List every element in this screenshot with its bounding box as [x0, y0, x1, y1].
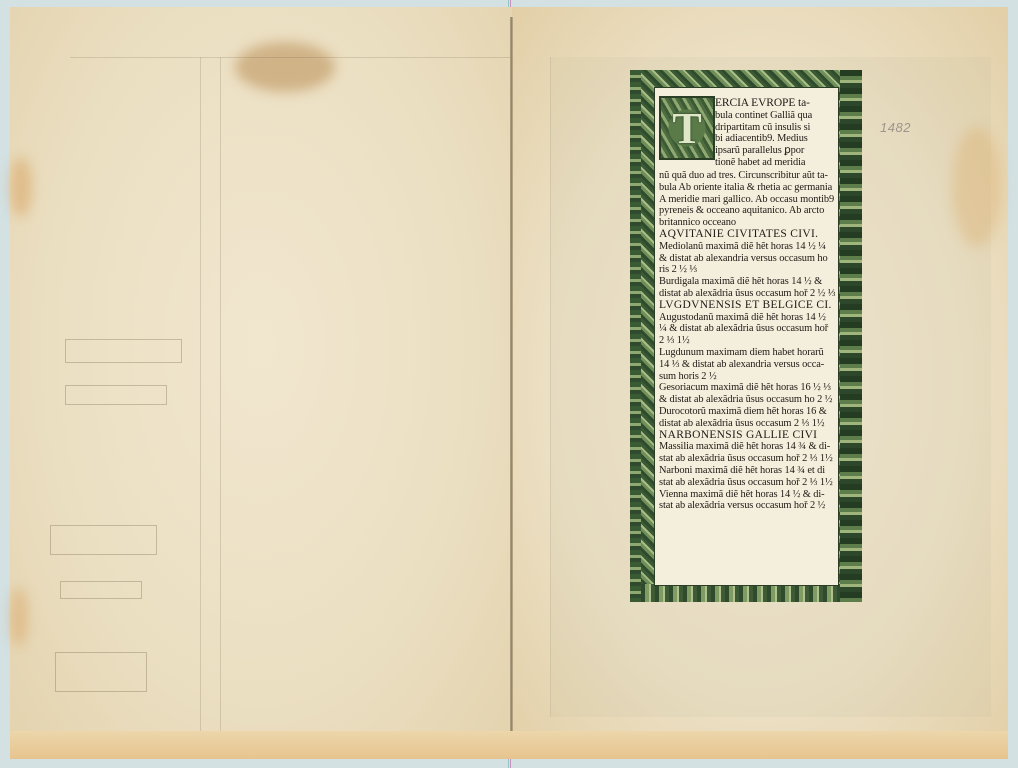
border-right-strip [840, 70, 862, 602]
text-line: distat ab alexãdria ũsus occasum 2 ⅓ 1½ [659, 418, 835, 430]
edge-stain [10, 587, 28, 647]
text-line: sum horis 2 ½ [659, 371, 835, 383]
map-ghost-label-box [65, 385, 167, 405]
edge-stain [10, 157, 32, 217]
map-ghost-label-box [50, 525, 157, 555]
text-line: Vienna maximã diẽ hẽt horas 14 ½ & di- [659, 489, 835, 501]
edge-stain [952, 127, 1002, 247]
decorated-initial: T [659, 96, 715, 160]
text-panel: T ERCIA EVROPE ta- bula continet Galliã … [630, 70, 862, 602]
map-ghost-label-box [65, 339, 182, 363]
text-line: bi adiacentib9. Medius [715, 133, 812, 145]
text-line: stat ab alexãdria ũsus occasum hoř 2 ⅓ 1… [659, 477, 835, 489]
section-heading: NARBONENSIS GALLIE CIVI [659, 430, 835, 442]
text-line: A meridie mari gallico. Ab occasu montib… [659, 194, 835, 206]
text-line: & distat ab alexãdria ũsus occasum ho 2 … [659, 394, 835, 406]
show-through-map [70, 47, 510, 737]
map-ghost-label-box [60, 581, 142, 599]
text-line: dripartitam cũ insulis si [715, 122, 812, 134]
map-ghost-border [220, 57, 221, 737]
pencil-annotation: 1482 [880, 120, 911, 135]
text-line: Lugdunum maximam diem habet horarũ [659, 347, 835, 359]
text-line: bula Ab oriente italia & rhetia ac germa… [659, 182, 835, 194]
text-line: nũ quã duo ad tres. Circunscribitur aũt … [659, 170, 835, 182]
map-ghost-border [200, 57, 201, 737]
border-left-strip [630, 70, 641, 602]
map-ghost-label-box [55, 652, 147, 692]
left-page-verso [10, 7, 512, 759]
text-line: Narboni maximã diẽ hẽt horas 14 ¾ et di [659, 465, 835, 477]
text-line: Massilia maximã diẽ hẽt horas 14 ¾ & di- [659, 441, 835, 453]
text-line: distat ab alexãdria ũsus occasum hoř 2 ½… [659, 288, 835, 300]
text-line: tionẽ habet ad meridia [715, 157, 812, 169]
text-line: Durocotorũ maximã diem hẽt horas 16 & [659, 406, 835, 418]
border-bottom-band [641, 584, 840, 602]
text-line: & distat ab alexandria versus occasum ho [659, 253, 835, 265]
text-line: stat ab alexãdria versus occasum hoř 2 ½ [659, 500, 835, 512]
text-line: bula continet Galliã qua [715, 110, 812, 122]
text-line: pyreneis & occeano aquitanico. Ab arcto [659, 205, 835, 217]
text-line: Burdigala maximã diẽ hẽt horas 14 ½ & [659, 276, 835, 288]
section-heading: AQVITANIE CIVITATES CIVI. [659, 229, 835, 241]
text-line: Gesoriacum maximã diẽ hẽt horas 16 ½ ⅓ [659, 382, 835, 394]
initial-letter: T [661, 98, 713, 158]
text-line: 2 ⅓ 1½ [659, 335, 835, 347]
text-line: 14 ⅓ & distat ab alexandria versus occa- [659, 359, 835, 371]
section-heading: LVGDVNENSIS ET BELGICE CI. [659, 300, 835, 312]
map-ghost-border [70, 57, 510, 58]
text-block: T ERCIA EVROPE ta- bula continet Galliã … [654, 87, 839, 586]
text-line: ERCIA EVROPE ta- [715, 98, 812, 110]
text-line: Augustodanũ maximã diẽ hẽt horas 14 ½ [659, 312, 835, 324]
body-text: nũ quã duo ad tres. Circunscribitur aũt … [659, 170, 835, 512]
text-line: ¼ & distat ab alexãdria ũsus occasum hoř [659, 323, 835, 335]
text-line: stat ab alexãdria ũsus occasum hoř 2 ⅓ 1… [659, 453, 835, 465]
text-line: ipsarũ parallelus ꝑpor [715, 145, 812, 157]
text-line: ris 2 ½ ⅓ [659, 264, 835, 276]
text-line: Mediolanũ maximã diẽ hẽt horas 14 ½ ¼ [659, 241, 835, 253]
lead-paragraph: ERCIA EVROPE ta- bula continet Galliã qu… [715, 98, 812, 169]
center-fold [510, 17, 513, 742]
bottom-paper-edge [10, 731, 1008, 759]
